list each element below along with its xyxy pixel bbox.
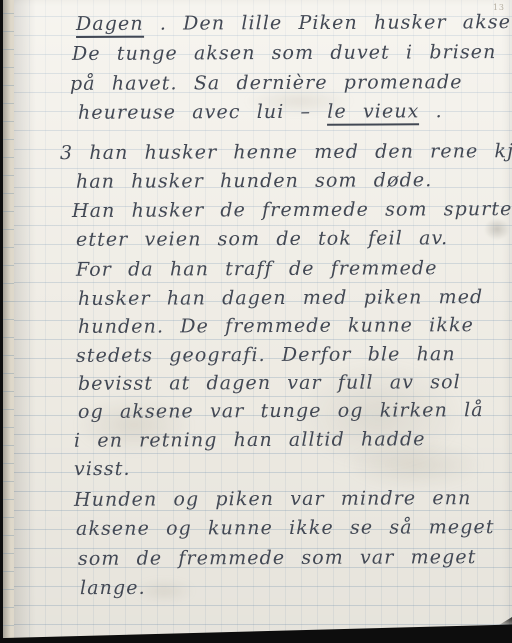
handwritten-line: etter veien som de tok feil av. xyxy=(76,227,448,251)
handwritten-text: husker han dagen med piken med xyxy=(78,286,483,310)
handwritten-text: Hunden og piken var mindre enn xyxy=(74,487,471,511)
handwritten-line: Han husker de fremmede som spurte xyxy=(72,198,512,222)
handwritten-line: stedets geografi. Derfor ble han xyxy=(76,343,456,367)
handwritten-line: husker han dagen med piken med xyxy=(78,286,483,310)
handwritten-text: bevisst at dagen var full av sol xyxy=(78,371,461,395)
handwritten-text: stedets geografi. Derfor ble han xyxy=(76,343,456,367)
handwritten-text: 3 han husker henne med den rene kjolen xyxy=(60,140,512,164)
handwritten-line: på havet. Sa dernière promenade xyxy=(70,71,463,95)
handwritten-text: De tunge aksen som duvet i brisen xyxy=(72,41,497,65)
handwriting-layer: Dagen . Den lille Piken husker akseneDe … xyxy=(0,0,512,643)
handwritten-line: Hunden og piken var mindre enn xyxy=(74,487,471,511)
handwritten-text: han husker hunden som døde. xyxy=(76,169,432,193)
handwritten-line: visst. xyxy=(74,458,131,480)
handwritten-line: 3 han husker henne med den rene kjolen xyxy=(60,140,512,164)
handwritten-text: som de fremmede som var meget xyxy=(78,546,476,570)
handwritten-text: heureuse avec lui – xyxy=(78,101,327,124)
handwritten-line: bevisst at dagen var full av sol xyxy=(78,371,461,395)
handwritten-text: visst. xyxy=(74,458,131,480)
handwritten-line: For da han traff de fremmede xyxy=(76,257,438,281)
handwritten-line: lange. xyxy=(80,577,146,599)
handwritten-text: lange. xyxy=(80,577,146,599)
handwritten-text: . xyxy=(419,100,442,122)
handwritten-line: Dagen . Den lille Piken husker aksene xyxy=(76,11,512,35)
handwritten-text: og aksene var tunge og kirken lå xyxy=(78,399,484,423)
handwritten-text: For da han traff de fremmede xyxy=(76,257,438,281)
underlined-handwritten-text: le vieux xyxy=(327,100,419,125)
underlined-handwritten-text: Dagen xyxy=(76,13,144,38)
handwritten-line: aksene og kunne ikke se så meget xyxy=(76,516,495,540)
handwritten-line: han husker hunden som døde. xyxy=(76,169,432,193)
handwritten-text: Han husker de fremmede som spurte xyxy=(72,198,512,222)
notebook-scan: 13 Dagen . Den lille Piken husker aksene… xyxy=(0,0,512,643)
handwritten-line: De tunge aksen som duvet i brisen xyxy=(72,41,497,65)
handwritten-line: og aksene var tunge og kirken lå xyxy=(78,399,484,423)
handwritten-text: etter veien som de tok feil av. xyxy=(76,227,448,251)
handwritten-text: hunden. De fremmede kunne ikke xyxy=(78,314,474,338)
handwritten-text: i en retning han alltid hadde xyxy=(74,428,426,452)
handwritten-text: . Den lille Piken husker aksene xyxy=(144,11,512,35)
handwritten-text: på havet. Sa dernière promenade xyxy=(70,71,463,95)
handwritten-line: som de fremmede som var meget xyxy=(78,546,476,570)
handwritten-line: hunden. De fremmede kunne ikke xyxy=(78,314,474,338)
handwritten-text: aksene og kunne ikke se så meget xyxy=(76,516,495,540)
handwritten-line: i en retning han alltid hadde xyxy=(74,428,426,452)
handwritten-line: heureuse avec lui – le vieux . xyxy=(78,100,443,124)
